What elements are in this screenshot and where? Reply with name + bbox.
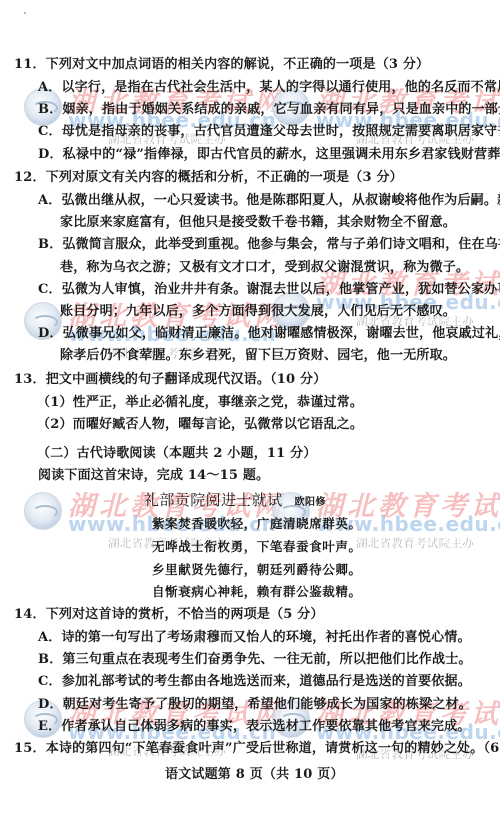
- question-13-item-1: （1）性严正，举止必循礼度，事继亲之党，恭谨过常。: [37, 395, 363, 411]
- question-11-option-a: A．以字行，是指在古代社会生活中，某人的字得以通行使用，他的名反而不常用。: [38, 80, 500, 96]
- poem-line-4: 自惭衰病心神耗，赖有群公鉴裁精。: [152, 584, 362, 600]
- question-11-stem: 11．下列对文中加点词语的相关内容的解说，不正确的一项是（3 分）: [14, 57, 429, 73]
- poem-author: 欧阳修: [295, 497, 326, 508]
- poem-line-3: 乡里献贤先德行，朝廷列爵待公卿。: [152, 562, 362, 578]
- question-14-option-a: A．诗的第一句写出了考场肃穆而又怡人的环境，衬托出作者的喜悦心情。: [38, 630, 471, 646]
- question-14-stem: 14．下列对这首诗的赏析，不恰当的两项是（5 分）: [14, 607, 324, 623]
- question-12-stem: 12．下列对原文有关内容的概括和分析，不正确的一项是（3 分）: [14, 170, 403, 186]
- question-13-stem: 13．把文中画横线的句子翻译成现代汉语。（10 分）: [14, 372, 326, 388]
- question-12-option-a: A．弘微出继从叔，一心只爱读书。他是陈郡阳夏人，从叔谢峻将他作为后嗣。新: [38, 193, 500, 209]
- poem-line-1: 紫案焚香暖吹轻，广庭清晓席群英。: [152, 516, 362, 532]
- poem-line-2: 无哗战士衔枚勇，下笔春蚕食叶声。: [152, 539, 362, 555]
- question-14-option-e: E．作者承认自己体弱多病的事实，表示选材工作要依靠其他考官来完成。: [38, 719, 471, 735]
- question-12-option-d-cont: 除孝后仍不食荤腥。东乡君死，留下巨万资财、园宅，他一无所取。: [60, 348, 456, 364]
- question-11-option-b: B．姻亲，指由于婚姻关系结成的亲戚，它与血亲有同有异，只是血亲中的一部分。: [38, 102, 500, 118]
- question-12-option-c: C．弘微为人审慎，治业井井有条。谢混去世以后，他掌管产业，犹如替公家办事，: [38, 282, 500, 298]
- page-footer: 语文试题第 8 页（共 10 页）: [165, 767, 344, 783]
- question-12-option-b-cont: 巷，称为乌衣之游；又极有文才口才，受到叔父谢混赏识，称为微子。: [60, 260, 469, 276]
- section-heading: （二）古代诗歌阅读（本题共 2 小题，11 分）: [37, 446, 317, 462]
- question-12-option-a-cont: 家比原来家庭富有，但他只是接受数千卷书籍，其余财物全不留意。: [60, 215, 456, 231]
- question-13-item-2: （2）而曜好臧否人物，曜每言论，弘微常以它语乱之。: [37, 417, 363, 433]
- question-14-option-d: D．朝廷对考生寄予了殷切的期望，希望他们能够成长为国家的栋梁之材。: [38, 697, 472, 713]
- poem-title-line: 礼部贡院阅进士就试欧阳修: [144, 492, 326, 511]
- watermark-sponsor: 湖北省教育考试院主办: [356, 535, 474, 551]
- question-11-option-c: C．母忧是指母亲的丧事，古代官员遭逢父母去世时，按照规定需要离职居家守丧。: [38, 124, 500, 140]
- question-14-option-b: B．第三句重点在表现考生们奋勇争先、一往无前，所以把他们比作战士。: [38, 652, 472, 668]
- question-11-option-d: D．私禄中的“禄”指俸禄，即古代官员的薪水，这里强调未用东乡君家钱财营葬。: [38, 147, 500, 163]
- question-12-option-b: B．弘微简言服众，此举受到重视。他参与集会，常与子弟们诗文唱和，住在乌衣: [38, 237, 500, 253]
- question-15-stem: 15．本诗的第四句“下笔春蚕食叶声”广受后世称道，请赏析这一句的精妙之处。（6 …: [14, 741, 500, 757]
- watermark-logo-icon: [24, 492, 62, 530]
- question-12-option-d: D．弘微事兄如父，临财清正廉洁。他对谢曜感情极深，谢曜去世，他哀戚过礼，: [38, 326, 500, 342]
- question-12-option-c-cont: 账目分明；九年以后，多个方面得到很大发展，人们见后无不感叹。: [60, 304, 456, 320]
- scan-speck: [24, 12, 26, 14]
- poem-title: 礼部贡院阅进士就试: [144, 491, 283, 509]
- question-14-option-c: C．参加礼部考试的考生都由各地选送而来，道德品行是选送的首要依据。: [38, 674, 471, 690]
- section-instruction: 阅读下面这首宋诗，完成 14～15 题。: [38, 468, 269, 484]
